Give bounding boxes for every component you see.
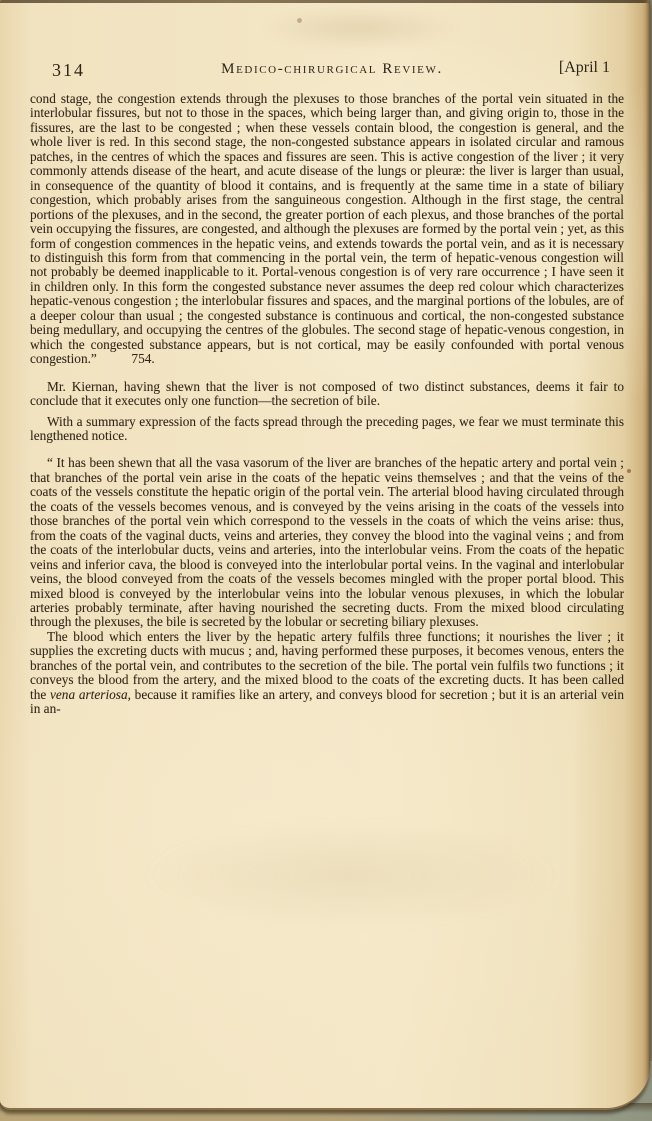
page-top-edge: [0, 0, 650, 3]
paragraph-quote-continuation: cond stage, the congestion extends throu…: [30, 92, 624, 367]
paper-speck: [627, 469, 631, 473]
paper-stain: [260, 8, 460, 48]
quote-text: cond stage, the congestion extends throu…: [30, 91, 624, 366]
page-body: cond stage, the congestion extends throu…: [30, 92, 624, 717]
running-head: 314 Medico-chirurgical Review. [April 1: [52, 58, 612, 84]
paragraph-kiernan-conclusion: Mr. Kiernan, having shewn that the liver…: [30, 380, 624, 409]
paper-bleedthrough-stain: [140, 820, 560, 930]
book-page: 314 Medico-chirurgical Review. [April 1 …: [0, 0, 650, 1110]
issue-date: [April 1: [559, 59, 610, 77]
paragraph-summary-note: With a summary expression of the facts s…: [30, 415, 624, 444]
journal-title: Medico-chirurgical Review.: [52, 61, 612, 78]
italic-term-vena-arteriosa: vena arteriosa: [50, 687, 128, 702]
paragraph-blood-functions: The blood which enters the liver by the …: [30, 630, 624, 717]
paragraph-quoted-summary: “ It has been shewn that all the vasa va…: [30, 456, 624, 629]
paragraph-reference-number: 754.: [131, 351, 154, 366]
paper-speck: [297, 18, 302, 23]
page-right-edge: [642, 0, 650, 1108]
